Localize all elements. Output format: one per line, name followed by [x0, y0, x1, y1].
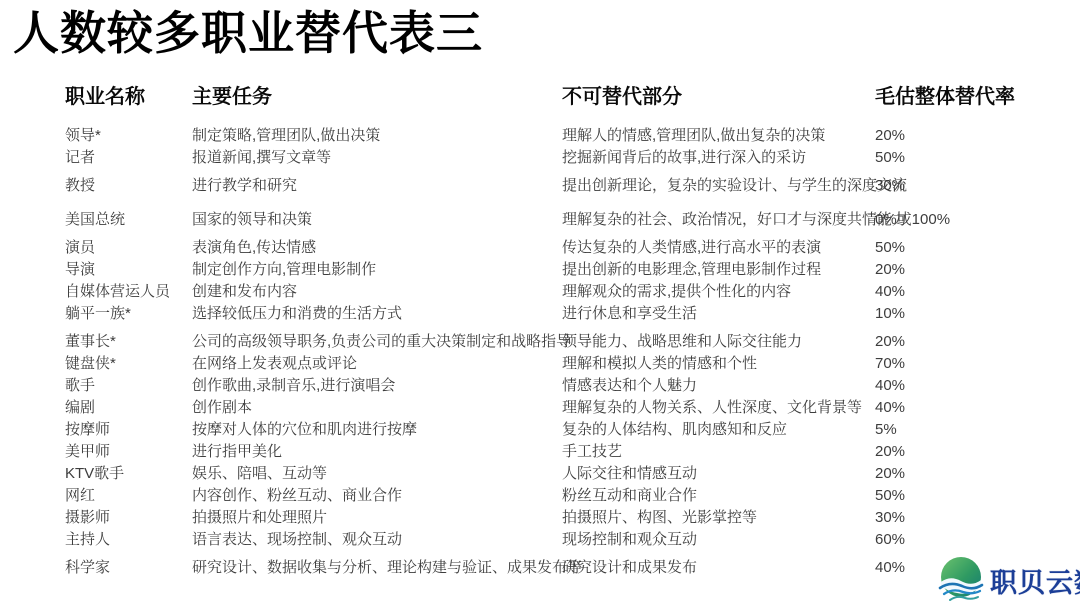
main-task: 制定策略,管理团队,做出决策	[192, 125, 562, 147]
irreplaceable-part: 挖掘新闻背后的故事,进行深入的采访	[562, 147, 875, 169]
irreplaceable-part: 情感表达和个人魅力	[562, 375, 875, 397]
irreplaceable-part: 研究设计和成果发布	[562, 557, 875, 579]
occupation-name: 教授	[65, 175, 192, 197]
replacement-rate: 10%	[875, 303, 1075, 325]
table-row: 歌手 创作歌曲,录制音乐,进行演唱会 情感表达和个人魅力 40%	[65, 375, 1075, 397]
main-task: 表演角色,传达情感	[192, 237, 562, 259]
main-task: 国家的领导和决策	[192, 209, 562, 231]
main-task: 在网络上发表观点或评论	[192, 353, 562, 375]
table-row: 自媒体营运人员 创建和发布内容 理解观众的需求,提供个性化的内容 40%	[65, 281, 1075, 303]
occupation-name: 摄影师	[65, 507, 192, 529]
header-main-task: 主要任务	[192, 86, 562, 108]
replacement-rate: 50%	[875, 147, 1075, 169]
brand-logo: 职贝云数	[936, 556, 1080, 604]
occupation-name: 主持人	[65, 529, 192, 551]
replacement-rate: 30%	[875, 175, 1075, 197]
replacement-rate: 5%	[875, 419, 1075, 441]
occupation-name: 领导*	[65, 125, 192, 147]
replacement-rate: 20%	[875, 441, 1075, 463]
header-irreplaceable: 不可替代部分	[562, 86, 875, 108]
main-task: 内容创作、粉丝互动、商业合作	[192, 485, 562, 507]
irreplaceable-part: 理解复杂的人物关系、人性深度、文化背景等	[562, 397, 875, 419]
irreplaceable-part: 现场控制和观众互动	[562, 529, 875, 551]
table-row: 按摩师 按摩对人体的穴位和肌肉进行按摩 复杂的人体结构、肌肉感知和反应 5%	[65, 419, 1075, 441]
header-replacement-rate: 毛估整体替代率	[875, 86, 1075, 108]
irreplaceable-part: 提出创新的电影理念,管理电影制作过程	[562, 259, 875, 281]
replacement-rate: 20%	[875, 125, 1075, 147]
irreplaceable-part: 粉丝互动和商业合作	[562, 485, 875, 507]
occupation-table: 职业名称 主要任务 不可替代部分 毛估整体替代率 领导* 制定策略,管理团队,做…	[65, 86, 1075, 579]
irreplaceable-part: 人际交往和情感互动	[562, 463, 875, 485]
main-task: 制定创作方向,管理电影制作	[192, 259, 562, 281]
occupation-name: 键盘侠*	[65, 353, 192, 375]
occupation-name: 科学家	[65, 557, 192, 579]
replacement-rate: 20%	[875, 259, 1075, 281]
occupation-name: 记者	[65, 147, 192, 169]
replacement-rate: 20%	[875, 331, 1075, 353]
replacement-rate: 70%	[875, 353, 1075, 375]
occupation-name: 演员	[65, 237, 192, 259]
irreplaceable-part: 手工技艺	[562, 441, 875, 463]
replacement-rate: 0%或100%	[875, 209, 1075, 231]
replacement-rate: 50%	[875, 237, 1075, 259]
main-task: 报道新闻,撰写文章等	[192, 147, 562, 169]
irreplaceable-part: 提出创新理论，复杂的实验设计、与学生的深度交流	[562, 175, 875, 197]
table-row: 美甲师 进行指甲美化 手工技艺 20%	[65, 441, 1075, 463]
table-row: 演员 表演角色,传达情感 传达复杂的人类情感,进行高水平的表演 50%	[65, 237, 1075, 259]
irreplaceable-part: 理解观众的需求,提供个性化的内容	[562, 281, 875, 303]
page-title: 人数较多职业替代表三	[13, 2, 483, 64]
irreplaceable-part: 理解和模拟人类的情感和个性	[562, 353, 875, 375]
table-row: 网红 内容创作、粉丝互动、商业合作 粉丝互动和商业合作 50%	[65, 485, 1075, 507]
table-row: 领导* 制定策略,管理团队,做出决策 理解人的情感,管理团队,做出复杂的决策 2…	[65, 125, 1075, 147]
main-task: 拍摄照片和处理照片	[192, 507, 562, 529]
table-row: 摄影师 拍摄照片和处理照片 拍摄照片、构图、光影掌控等 30%	[65, 507, 1075, 529]
table-row: 导演 制定创作方向,管理电影制作 提出创新的电影理念,管理电影制作过程 20%	[65, 259, 1075, 281]
occupation-name: KTV歌手	[65, 463, 192, 485]
occupation-name: 董事长*	[65, 331, 192, 353]
irreplaceable-part: 复杂的人体结构、肌肉感知和反应	[562, 419, 875, 441]
occupation-name: 躺平一族*	[65, 303, 192, 325]
irreplaceable-part: 理解复杂的社会、政治情况，好口才与深度共情能力	[562, 209, 875, 231]
globe-wave-icon	[936, 556, 988, 604]
occupation-name: 按摩师	[65, 419, 192, 441]
table-row: 编剧 创作剧本 理解复杂的人物关系、人性深度、文化背景等 40%	[65, 397, 1075, 419]
main-task: 创建和发布内容	[192, 281, 562, 303]
main-task: 进行教学和研究	[192, 175, 562, 197]
table-row: 美国总统 国家的领导和决策 理解复杂的社会、政治情况，好口才与深度共情能力 0%…	[65, 209, 1075, 231]
brand-name: 职贝云数	[990, 561, 1080, 600]
occupation-name: 导演	[65, 259, 192, 281]
occupation-name: 美国总统	[65, 209, 192, 231]
main-task: 研究设计、数据收集与分析、理论构建与验证、成果发布等	[192, 557, 562, 579]
main-task: 按摩对人体的穴位和肌肉进行按摩	[192, 419, 562, 441]
table-row: 记者 报道新闻,撰写文章等 挖掘新闻背后的故事,进行深入的采访 50%	[65, 147, 1075, 169]
irreplaceable-part: 传达复杂的人类情感,进行高水平的表演	[562, 237, 875, 259]
irreplaceable-part: 进行休息和享受生活	[562, 303, 875, 325]
replacement-rate: 50%	[875, 485, 1075, 507]
table-header-row: 职业名称 主要任务 不可替代部分 毛估整体替代率	[65, 86, 1075, 108]
table-row: 键盘侠* 在网络上发表观点或评论 理解和模拟人类的情感和个性 70%	[65, 353, 1075, 375]
main-task: 创作剧本	[192, 397, 562, 419]
replacement-rate: 30%	[875, 507, 1075, 529]
occupation-name: 歌手	[65, 375, 192, 397]
occupation-name: 网红	[65, 485, 192, 507]
main-task: 选择较低压力和消费的生活方式	[192, 303, 562, 325]
occupation-name: 自媒体营运人员	[65, 281, 192, 303]
irreplaceable-part: 拍摄照片、构图、光影掌控等	[562, 507, 875, 529]
replacement-rate: 20%	[875, 463, 1075, 485]
table-row: 主持人 语言表达、现场控制、观众互动 现场控制和观众互动 60%	[65, 529, 1075, 551]
table-row: KTV歌手 娱乐、陪唱、互动等 人际交往和情感互动 20%	[65, 463, 1075, 485]
main-task: 创作歌曲,录制音乐,进行演唱会	[192, 375, 562, 397]
main-task: 语言表达、现场控制、观众互动	[192, 529, 562, 551]
table-row: 科学家 研究设计、数据收集与分析、理论构建与验证、成果发布等 研究设计和成果发布…	[65, 557, 1075, 579]
irreplaceable-part: 领导能力、战略思维和人际交往能力	[562, 331, 875, 353]
replacement-rate: 60%	[875, 529, 1075, 551]
irreplaceable-part: 理解人的情感,管理团队,做出复杂的决策	[562, 125, 875, 147]
main-task: 娱乐、陪唱、互动等	[192, 463, 562, 485]
replacement-rate: 40%	[875, 281, 1075, 303]
main-task: 进行指甲美化	[192, 441, 562, 463]
main-task: 公司的高级领导职务,负责公司的重大决策制定和战略指导	[192, 331, 562, 353]
occupation-name: 编剧	[65, 397, 192, 419]
occupation-name: 美甲师	[65, 441, 192, 463]
replacement-rate: 40%	[875, 397, 1075, 419]
header-occupation: 职业名称	[65, 86, 192, 108]
table-row: 教授 进行教学和研究 提出创新理论，复杂的实验设计、与学生的深度交流 30%	[65, 175, 1075, 197]
table-row: 躺平一族* 选择较低压力和消费的生活方式 进行休息和享受生活 10%	[65, 303, 1075, 325]
table-row: 董事长* 公司的高级领导职务,负责公司的重大决策制定和战略指导 领导能力、战略思…	[65, 331, 1075, 353]
replacement-rate: 40%	[875, 375, 1075, 397]
